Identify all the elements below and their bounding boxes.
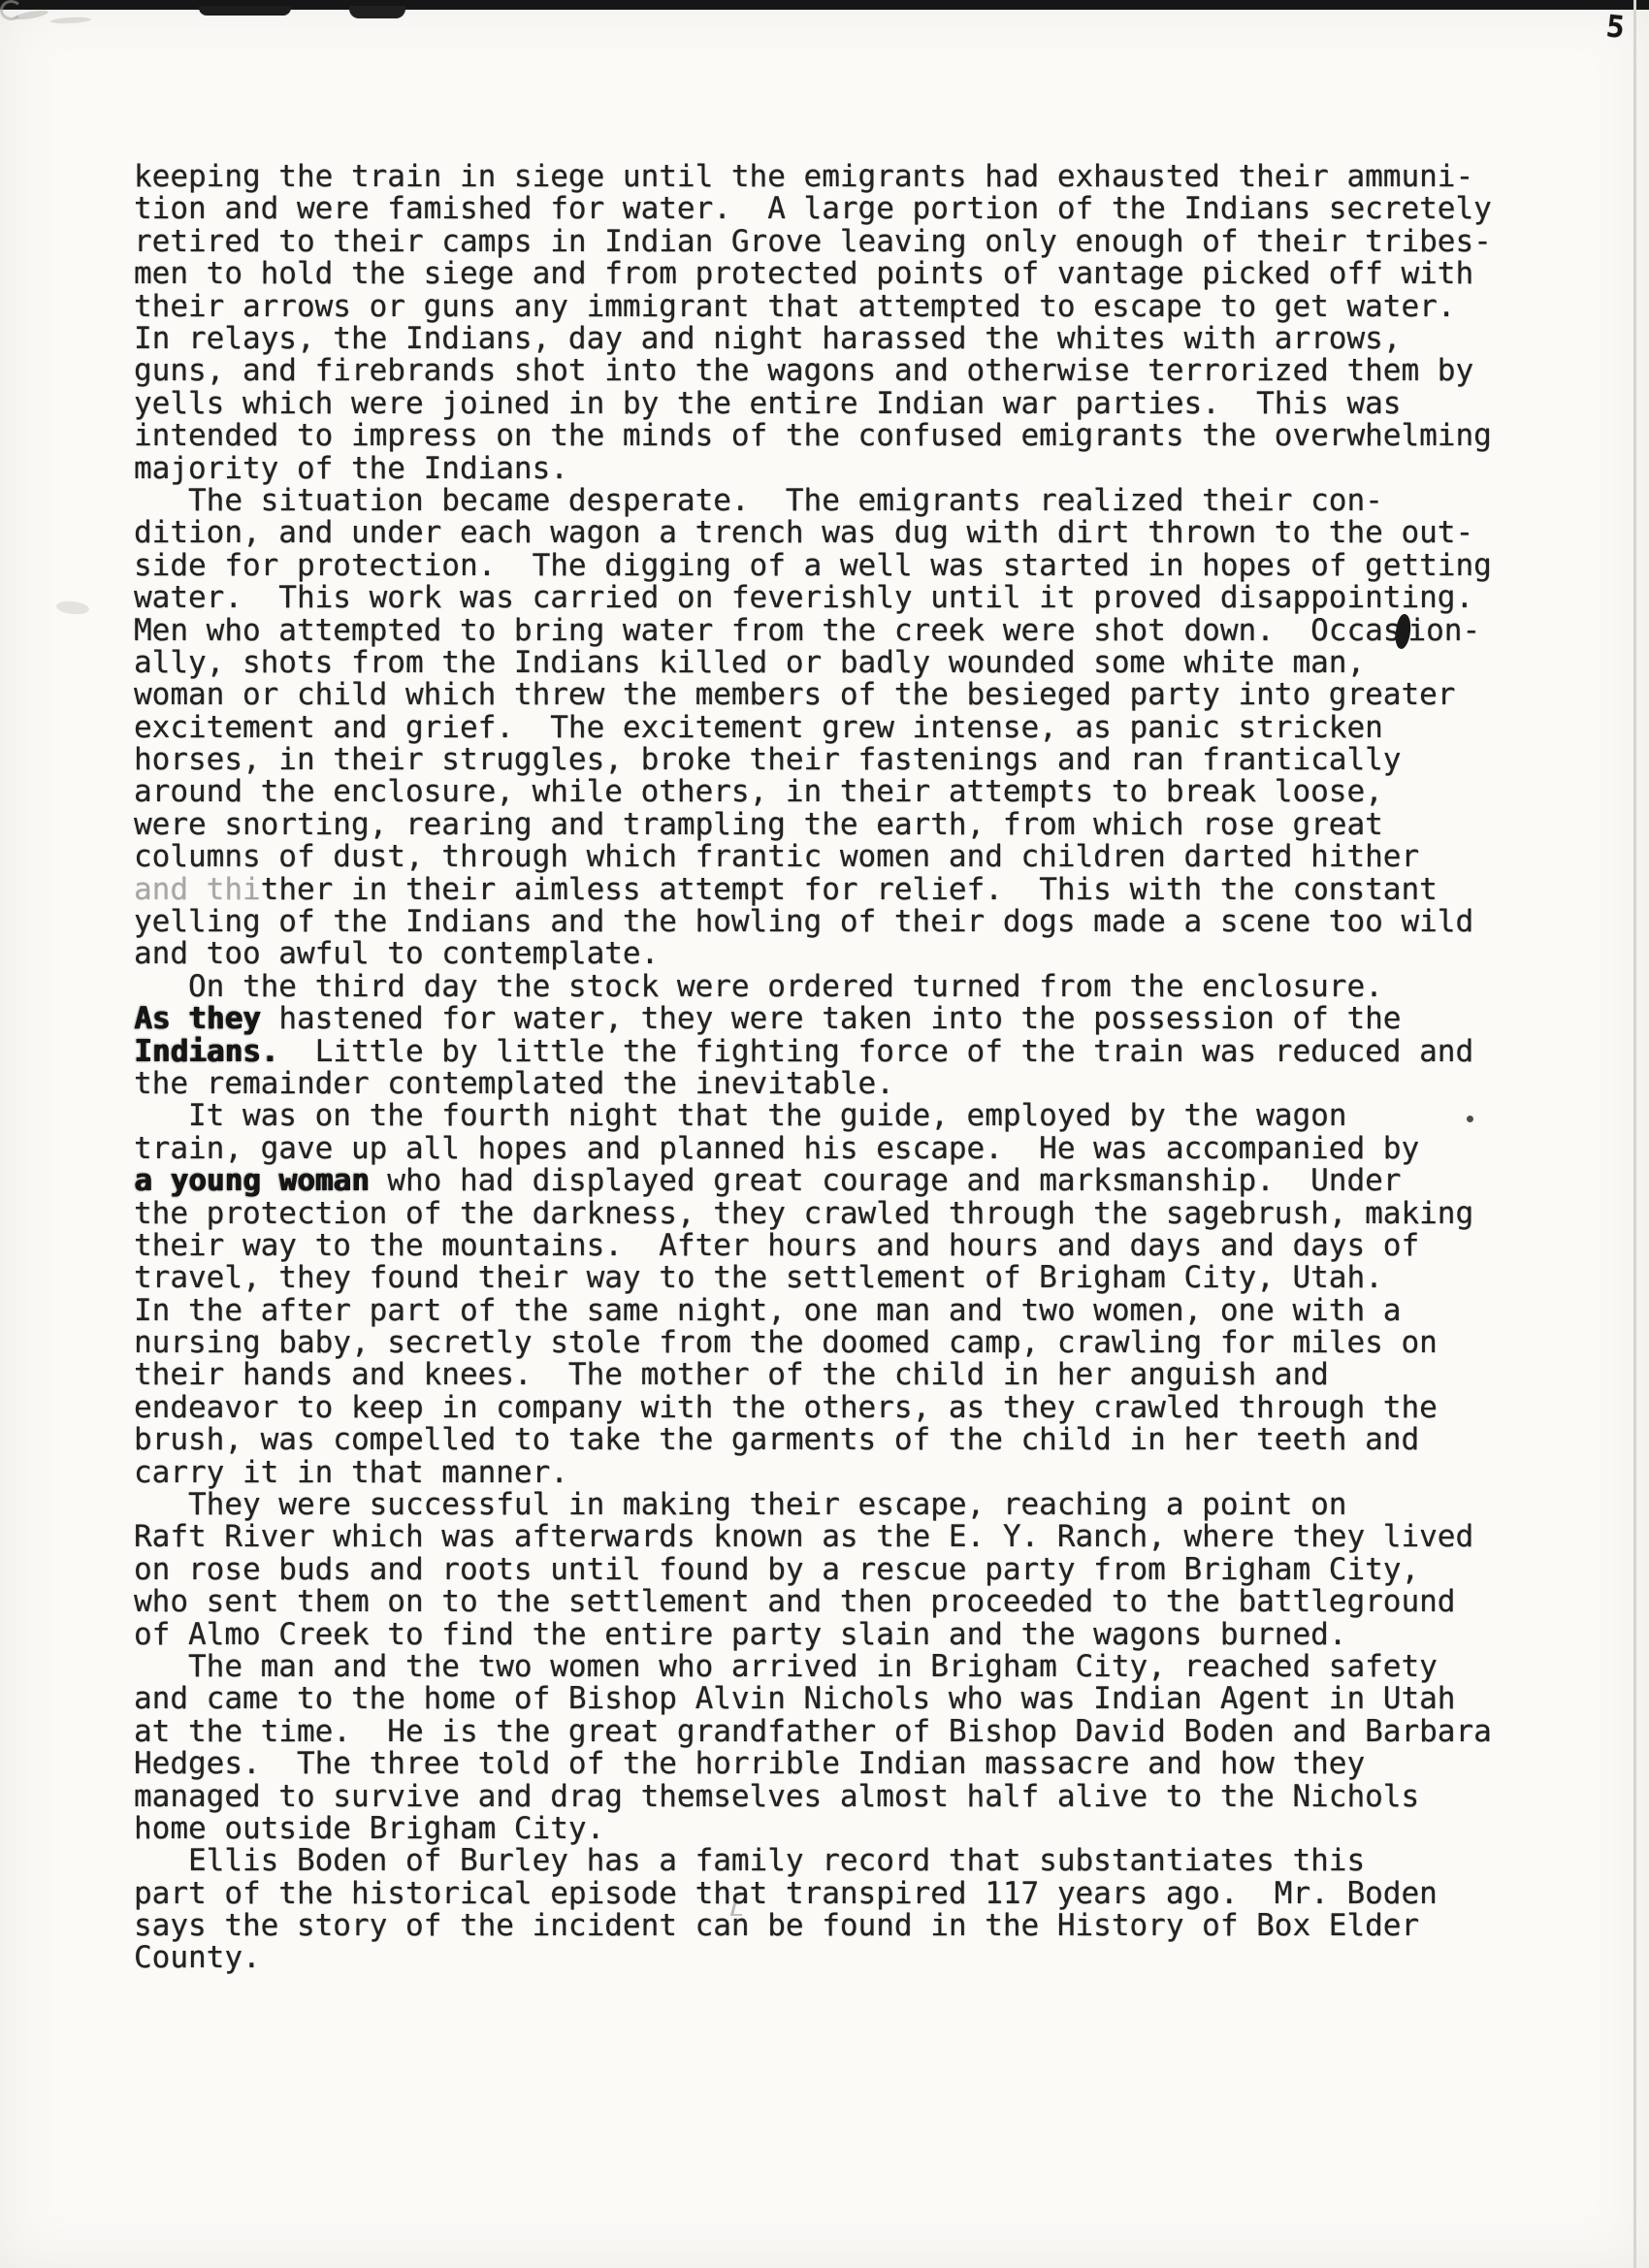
text-line: water. This work was carried on feverish… (134, 582, 1569, 614)
text-line: carry it in that manner. (134, 1457, 1569, 1489)
text-line: Raft River which was afterwards known as… (134, 1521, 1569, 1553)
text-line: who sent them on to the settlement and t… (134, 1586, 1569, 1618)
text-line: The man and the two women who arrived in… (134, 1651, 1569, 1683)
text-line: As they hastened for water, they were ta… (134, 1003, 1569, 1035)
margin-smudge (55, 599, 89, 615)
text-line: retired to their camps in Indian Grove l… (134, 226, 1569, 258)
typewritten-text-block: keeping the train in siege until the emi… (134, 161, 1569, 1975)
text-line: the remainder contemplated the inevitabl… (134, 1068, 1569, 1100)
text-line: home outside Brigham City. (134, 1813, 1569, 1845)
text-line: County. (134, 1942, 1569, 1974)
scan-edge-notch (199, 6, 291, 16)
text-line: side for protection. The digging of a we… (134, 550, 1569, 582)
text-line: yelling of the Indians and the howling o… (134, 906, 1569, 938)
scan-edge-right (1633, 0, 1636, 2268)
text-line: Men who attempted to bring water from th… (134, 614, 1569, 646)
text-line: and thither in their aimless attempt for… (134, 874, 1569, 906)
text-line: tion and were famished for water. A larg… (134, 193, 1569, 225)
text-line: The situation became desperate. The emig… (134, 485, 1569, 517)
text-line: excitement and grief. The excitement gre… (134, 712, 1569, 744)
text-line: men to hold the siege and from protected… (134, 258, 1569, 290)
text-line: the protection of the darkness, they cra… (134, 1198, 1569, 1230)
text-line: Ellis Boden of Burley has a family recor… (134, 1845, 1569, 1877)
pencil-smudge (50, 16, 91, 24)
text-line: guns, and firebrands shot into the wagon… (134, 355, 1569, 387)
text-line: Indians. Little by little the fighting f… (134, 1036, 1569, 1068)
text-line: horses, in their struggles, broke their … (134, 744, 1569, 776)
text-line: on rose buds and roots until found by a … (134, 1554, 1569, 1586)
text-line: It was on the fourth night that the guid… (134, 1100, 1569, 1132)
text-line: at the time. He is the great grandfather… (134, 1716, 1569, 1748)
text-line: were snorting, rearing and trampling the… (134, 809, 1569, 841)
text-line: ally, shots from the Indians killed or b… (134, 647, 1569, 679)
scanned-document-page: 5 keeping the train in siege until the e… (0, 0, 1649, 2268)
text-line: their way to the mountains. After hours … (134, 1230, 1569, 1262)
text-line: part of the historical episode that tran… (134, 1878, 1569, 1910)
text-line: majority of the Indians. (134, 453, 1569, 485)
text-line: They were successful in making their esc… (134, 1489, 1569, 1521)
text-line: yells which were joined in by the entire… (134, 388, 1569, 420)
text-line: keeping the train in siege until the emi… (134, 161, 1569, 193)
text-line: train, gave up all hopes and planned his… (134, 1133, 1569, 1165)
text-line: endeavor to keep in company with the oth… (134, 1392, 1569, 1424)
text-line: brush, was compelled to take the garment… (134, 1424, 1569, 1456)
scan-edge-notch (349, 6, 405, 18)
text-line: their arrows or guns any immigrant that … (134, 291, 1569, 323)
pencil-smudge (0, 0, 22, 20)
text-line: says the story of the incident can be fo… (134, 1910, 1569, 1942)
text-line: and came to the home of Bishop Alvin Nic… (134, 1683, 1569, 1715)
text-line: nursing baby, secretly stole from the do… (134, 1327, 1569, 1359)
text-line: Hedges. The three told of the horrible I… (134, 1748, 1569, 1780)
text-line: intended to impress on the minds of the … (134, 420, 1569, 452)
text-line: columns of dust, through which frantic w… (134, 841, 1569, 873)
text-line: dition, and under each wagon a trench wa… (134, 517, 1569, 549)
text-line: around the enclosure, while others, in t… (134, 776, 1569, 808)
text-line: On the third day the stock were ordered … (134, 971, 1569, 1003)
text-line: woman or child which threw the members o… (134, 679, 1569, 711)
text-line: of Almo Creek to find the entire party s… (134, 1619, 1569, 1651)
text-line: In relays, the Indians, day and night ha… (134, 323, 1569, 355)
text-line: a young woman who had displayed great co… (134, 1165, 1569, 1197)
text-line: In the after part of the same night, one… (134, 1295, 1569, 1327)
text-line: managed to survive and drag themselves a… (134, 1781, 1569, 1813)
page-number: 5 (1604, 9, 1626, 46)
text-line: and too awful to contemplate. (134, 938, 1569, 970)
text-line: travel, they found their way to the sett… (134, 1262, 1569, 1294)
text-line: their hands and knees. The mother of the… (134, 1359, 1569, 1391)
